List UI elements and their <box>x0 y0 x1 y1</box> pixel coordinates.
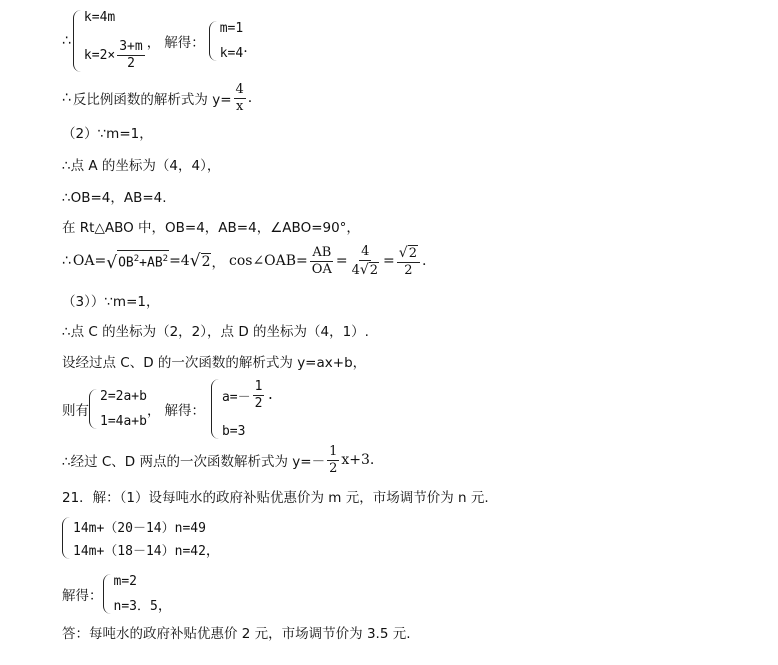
part-3-header: （3））∵m=1， <box>62 290 159 310</box>
equation-row: m=1 <box>220 21 243 36</box>
linear-function-result: ∴经过 C、D 两点的一次函数解析式为 y=－ 1 2 x+3. <box>62 442 374 478</box>
equation-system-1: 2=2a+b 1=4a+b <box>89 389 147 429</box>
left-brace-icon <box>62 517 71 559</box>
water-price-solution: 解得： m=2 n=3．5 ， <box>62 573 172 615</box>
point-a-coordinates: ∴点 A 的坐标为（4，4）， <box>62 154 220 174</box>
fraction: 1 2 <box>327 444 339 477</box>
fraction: 3+m 2 <box>117 39 144 72</box>
therefore-symbol: ∴ <box>62 90 71 106</box>
square-root: √2 <box>190 252 212 270</box>
points-c-d-coordinates: ∴点 C 的坐标为（2，2），点 D 的坐标为（4，1）. <box>62 320 369 340</box>
therefore-symbol: ∴ <box>62 33 71 49</box>
square-root: √ OB2+AB2 <box>106 250 169 271</box>
fraction: 1 2 <box>253 379 265 412</box>
part-2-header: （2）∵m=1， <box>62 122 153 142</box>
equation-system: 14m+（20－14）n=49 14m+（18－14）n=42 <box>62 517 206 559</box>
equation-system-1: k=4m k=2× 3+m 2 <box>73 10 147 72</box>
fraction: 4 x <box>234 82 246 115</box>
ob-ab-values: ∴OB=4，AB=4. <box>62 186 167 206</box>
therefore-symbol: ∴ <box>62 253 71 269</box>
left-brace-icon <box>73 10 82 72</box>
equation-system-k-m: ∴ k=4m k=2× 3+m 2 ， 解得： m=1 k=4 . <box>62 8 248 74</box>
equation-row: k=2× <box>84 48 115 63</box>
equation-system-2: m=1 k=4 <box>209 21 243 61</box>
fraction: √2 2 <box>397 244 420 279</box>
linear-system-solution: 则有 2=2a+b 1=4a+b ， 解得： a=－ 1 2 . b=3 <box>62 378 274 440</box>
equation-row: 14m+（18－14）n=42 <box>73 540 206 559</box>
equation-system-2: a=－ 1 2 . b=3 <box>211 379 274 439</box>
solve-label: 解得： <box>164 31 205 51</box>
comma: ， <box>147 31 161 51</box>
oa-and-cosine-calculation: ∴ OA= √ OB2+AB2 =4 √2 ， cos∠OAB= AB OA =… <box>62 241 426 281</box>
fraction: AB OA <box>310 245 334 278</box>
left-brace-icon <box>89 389 98 429</box>
equation-row: k=4m <box>84 10 147 25</box>
equation-system: m=2 n=3．5 <box>103 574 158 614</box>
final-answer: 答：每吨水的政府补贴优惠价 2 元，市场调节价为 3.5 元. <box>62 622 411 642</box>
equation-row: b=3 <box>222 424 274 439</box>
equation-row: 2=2a+b <box>100 389 147 404</box>
question-21-header: 21．解：（1）设每吨水的政府补贴优惠价为 m 元，市场调节价为 n 元. <box>62 486 489 506</box>
left-brace-icon <box>209 21 218 61</box>
inverse-function-result: ∴ 反比例函数的解析式为 y= 4 x . <box>62 80 252 116</box>
linear-function-setup: 设经过点 C、D 的一次函数的解析式为 y=ax+b， <box>62 351 366 371</box>
equation-row: n=3．5 <box>114 595 158 614</box>
equation-row: 1=4a+b <box>100 414 147 429</box>
left-brace-icon <box>211 379 220 439</box>
fraction: 4 4√2 <box>350 244 381 279</box>
left-brace-icon <box>103 574 112 614</box>
equation-row: k=4 <box>220 46 243 61</box>
equation-row: m=2 <box>114 574 158 589</box>
right-triangle-statement: 在 Rt△ABO 中，OB=4，AB=4，∠ABO=90°， <box>62 216 360 236</box>
water-price-system: 14m+（20－14）n=49 14m+（18－14）n=42 ， <box>62 516 220 560</box>
equation-row: 14m+（20－14）n=49 <box>73 517 206 536</box>
statement-text: 反比例函数的解析式为 y= <box>73 88 232 108</box>
